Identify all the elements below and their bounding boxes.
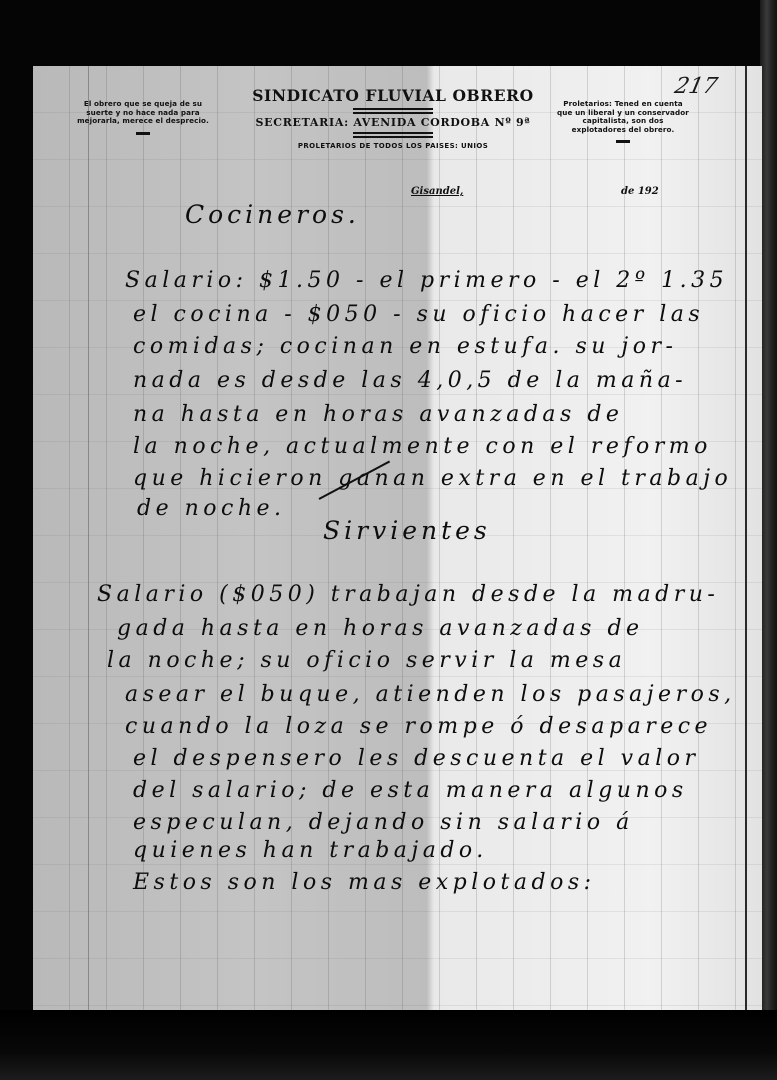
folio-number: 217 bbox=[672, 74, 719, 99]
handwritten-line: especulan, dejando sin salario á bbox=[133, 810, 634, 835]
handwritten-line: na hasta en horas avanzadas de bbox=[133, 402, 623, 427]
handwritten-line: Salario ($050) trabajan desde la madru- bbox=[97, 582, 719, 607]
scan-border-right bbox=[760, 0, 777, 1080]
handwritten-line: gada hasta en horas avanzadas de bbox=[117, 616, 644, 641]
handwritten-line: de noche. bbox=[137, 496, 286, 521]
place: Gisandel, bbox=[411, 186, 463, 197]
handwritten-line: Salario: $1.50 - el primero - el 2º 1.35 bbox=[125, 268, 728, 293]
section-heading-cocineros: Cocineros. bbox=[185, 200, 360, 229]
letterhead-address: SECRETARIA: AVENIDA CORDOBA Nº 9ª bbox=[223, 116, 563, 130]
divider bbox=[136, 132, 150, 135]
letterhead-motto: PROLETARIOS DE TODOS LOS PAISES: UNIOS bbox=[223, 142, 563, 150]
scan-border-bottom bbox=[0, 1010, 777, 1080]
divider bbox=[616, 140, 630, 143]
handwritten-line: asear el buque, atienden los pasajeros, bbox=[125, 682, 736, 707]
handwritten-line: nada es desde las 4,0,5 de la maña- bbox=[133, 368, 687, 393]
handwritten-line: quienes han trabajado. bbox=[133, 838, 488, 863]
letterhead-right-quote: Proletarios: Tened en cuenta que un libe… bbox=[557, 100, 689, 143]
date: de 192 bbox=[621, 186, 659, 197]
divider bbox=[353, 132, 433, 138]
margin-rule-left bbox=[88, 66, 89, 1010]
letterhead-left-quote: El obrero que se queja de su suerte y no… bbox=[73, 100, 213, 135]
handwritten-line: comidas; cocinan en estufa. su jor- bbox=[133, 334, 677, 359]
margin-rule-right bbox=[745, 66, 747, 1010]
handwritten-line: Estos son los mas explotados: bbox=[133, 870, 596, 895]
handwritten-line: la noche, actualmente con el reformo bbox=[133, 434, 712, 459]
document-page: 217 El obrero que se queja de su suerte … bbox=[33, 66, 762, 1010]
handwritten-line: del salario; de esta manera algunos bbox=[133, 778, 688, 803]
handwritten-line: el despensero les descuenta el valor bbox=[133, 746, 700, 771]
handwritten-line: la noche; su oficio servir la mesa bbox=[107, 648, 626, 673]
letterhead-title: SINDICATO FLUVIAL OBRERO bbox=[223, 86, 563, 106]
handwritten-line: que hicieron ganan extra en el trabajo bbox=[133, 466, 732, 491]
letterhead: SINDICATO FLUVIAL OBRERO SECRETARIA: AVE… bbox=[223, 86, 563, 150]
divider bbox=[353, 108, 433, 114]
handwritten-line: el cocina - $050 - su oficio hacer las bbox=[133, 302, 704, 327]
handwritten-line: cuando la loza se rompe ó desaparece bbox=[125, 714, 712, 739]
section-heading-sirvientes: Sirvientes bbox=[323, 516, 491, 545]
